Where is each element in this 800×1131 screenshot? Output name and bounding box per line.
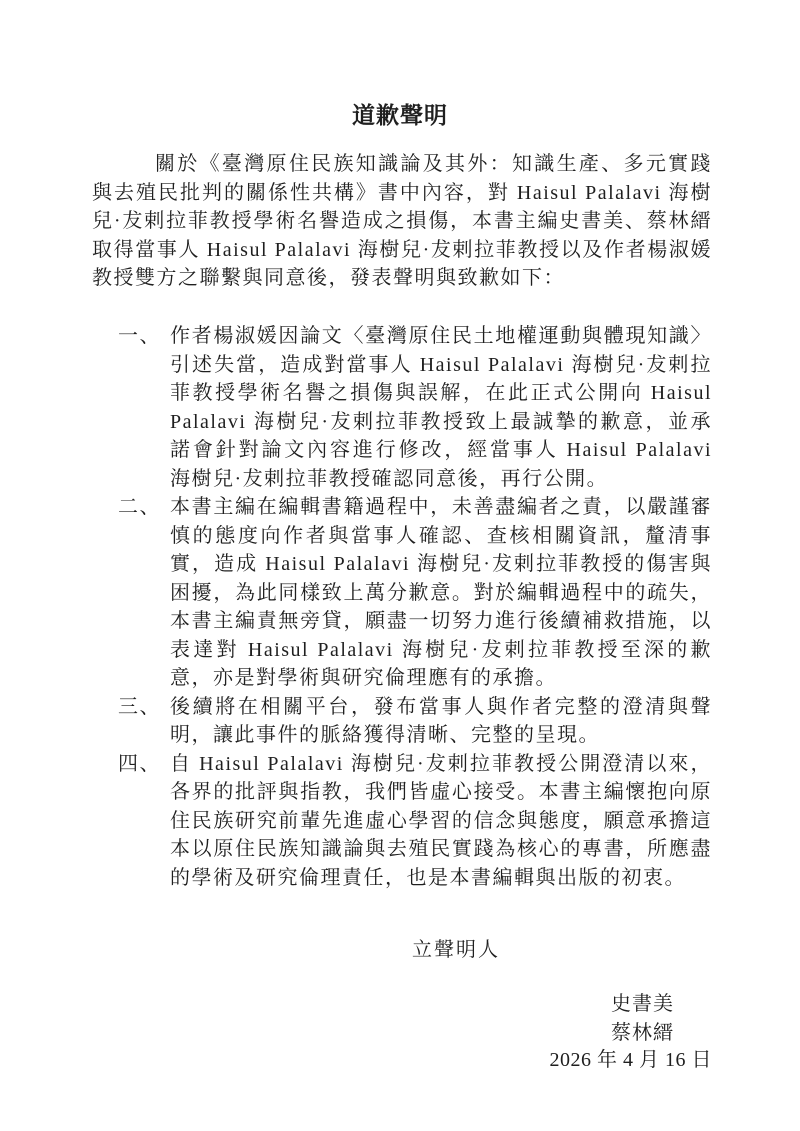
signatory-names: 史書美 蔡林縉	[92, 990, 712, 1047]
document-page: 道歉聲明 關於《臺灣原住民族知識論及其外：知識生產、多元實踐與去殖民批判的關係性…	[0, 0, 800, 1131]
signature-date: 2026 年 4 月 16 日	[92, 1046, 712, 1075]
statement-list: 一、 作者楊淑媛因論文〈臺灣原住民土地權運動與體現知識〉引述失當，造成對當事人 …	[92, 322, 712, 892]
statement-item-3: 三、 後續將在相關平台，發布當事人與作者完整的澄清與聲明，讓此事件的脈絡獲得清晰…	[92, 693, 712, 750]
statement-item-1: 一、 作者楊淑媛因論文〈臺灣原住民土地權運動與體現知識〉引述失當，造成對當事人 …	[92, 322, 712, 493]
declarant-label: 立聲明人	[412, 936, 500, 965]
item-marker-2: 二、	[118, 493, 170, 693]
item-text-2: 本書主編在編輯書籍過程中，未善盡編者之責，以嚴謹審慎的態度向作者與當事人確認、查…	[170, 493, 712, 693]
signatory-name-2: 蔡林縉	[92, 1019, 674, 1048]
item-marker-1: 一、	[118, 322, 170, 493]
document-title: 道歉聲明	[0, 100, 800, 132]
statement-item-4: 四、 自 Haisul Palalavi 海樹兒·犮剌拉菲教授公開澄清以來，各界…	[92, 750, 712, 893]
item-marker-4: 四、	[118, 750, 170, 893]
signatory-name-1: 史書美	[92, 990, 674, 1019]
item-text-1: 作者楊淑媛因論文〈臺灣原住民土地權運動與體現知識〉引述失當，造成對當事人 Hai…	[170, 322, 712, 493]
statement-item-2: 二、 本書主編在編輯書籍過程中，未善盡編者之責，以嚴謹審慎的態度向作者與當事人確…	[92, 493, 712, 693]
item-text-4: 自 Haisul Palalavi 海樹兒·犮剌拉菲教授公開澄清以來，各界的批評…	[170, 750, 712, 893]
item-text-3: 後續將在相關平台，發布當事人與作者完整的澄清與聲明，讓此事件的脈絡獲得清晰、完整…	[170, 693, 712, 750]
item-marker-3: 三、	[118, 693, 170, 750]
intro-paragraph: 關於《臺灣原住民族知識論及其外：知識生產、多元實踐與去殖民批判的關係性共構》書中…	[92, 150, 712, 293]
